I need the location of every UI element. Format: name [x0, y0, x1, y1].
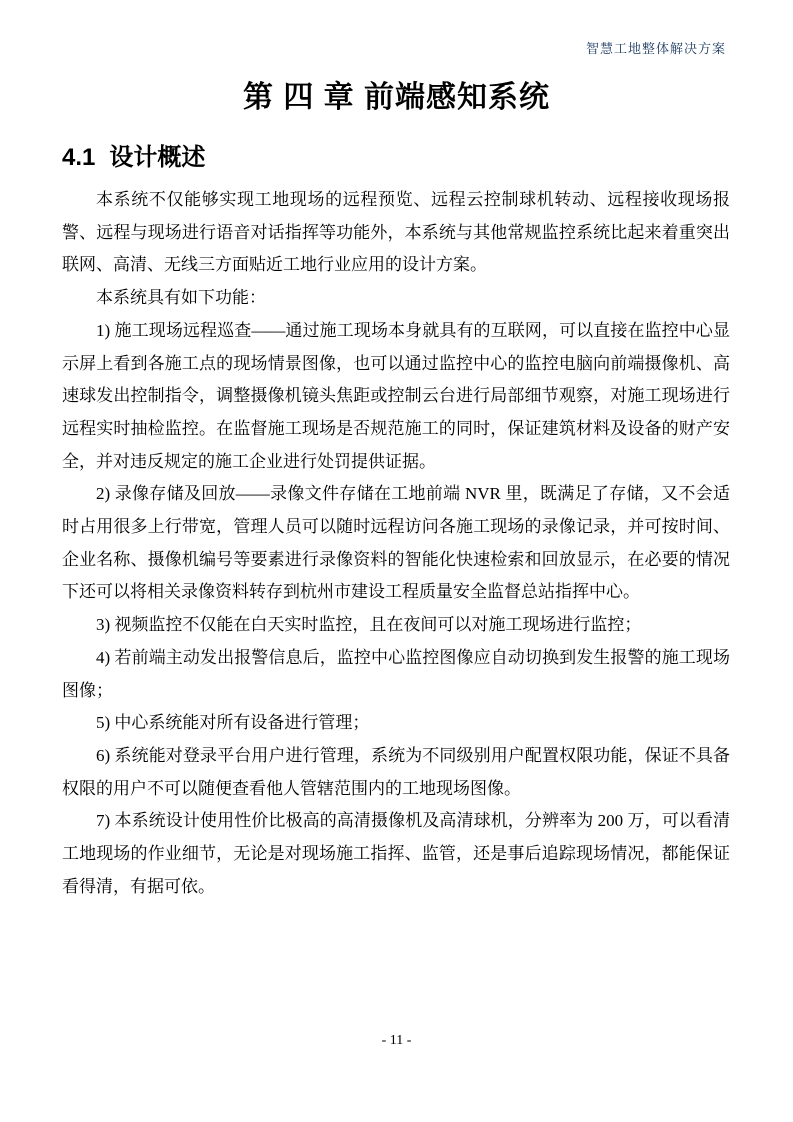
- body-paragraph: 7) 本系统设计使用性价比极高的高清摄像机及高清球机，分辨率为 200 万，可以…: [62, 805, 730, 903]
- body-paragraph: 3) 视频监控不仅能在白天实时监控，且在夜间可以对施工现场进行监控；: [62, 609, 730, 642]
- body-paragraph: 本系统具有如下功能：: [62, 282, 730, 315]
- body-paragraph: 本系统不仅能够实现工地现场的远程预览、远程云控制球机转动、远程接收现场报警、远程…: [62, 184, 730, 282]
- body-paragraph: 5) 中心系统能对所有设备进行管理；: [62, 707, 730, 740]
- header-text: 智慧工地整体解决方案: [586, 41, 726, 56]
- section-number: 4.1: [62, 144, 95, 172]
- chapter-title: 第 四 章 前端感知系统: [0, 72, 793, 116]
- page-header: 智慧工地整体解决方案: [0, 38, 726, 57]
- body-paragraph: 1) 施工现场远程巡查——通过施工现场本身就具有的互联网，可以直接在监控中心显示…: [62, 315, 730, 479]
- body-paragraph: 6) 系统能对登录平台用户进行管理，系统为不同级别用户配置权限功能，保证不具备权…: [62, 740, 730, 805]
- body-paragraph: 4) 若前端主动发出报警信息后，监控中心监控图像应自动切换到发生报警的施工现场图…: [62, 642, 730, 707]
- body-paragraph: 2) 录像存储及回放——录像文件存储在工地前端 NVR 里，既满足了存储，又不会…: [62, 478, 730, 609]
- page-number: - 11 -: [382, 1033, 412, 1048]
- document-page: 智慧工地整体解决方案 第 四 章 前端感知系统 4.1设计概述 本系统不仅能够实…: [0, 0, 793, 1122]
- section-heading: 4.1设计概述: [62, 137, 205, 172]
- section-title: 设计概述: [109, 144, 205, 171]
- page-footer: - 11 -: [0, 1033, 793, 1049]
- document-body: 本系统不仅能够实现工地现场的远程预览、远程云控制球机转动、远程接收现场报警、远程…: [62, 184, 730, 903]
